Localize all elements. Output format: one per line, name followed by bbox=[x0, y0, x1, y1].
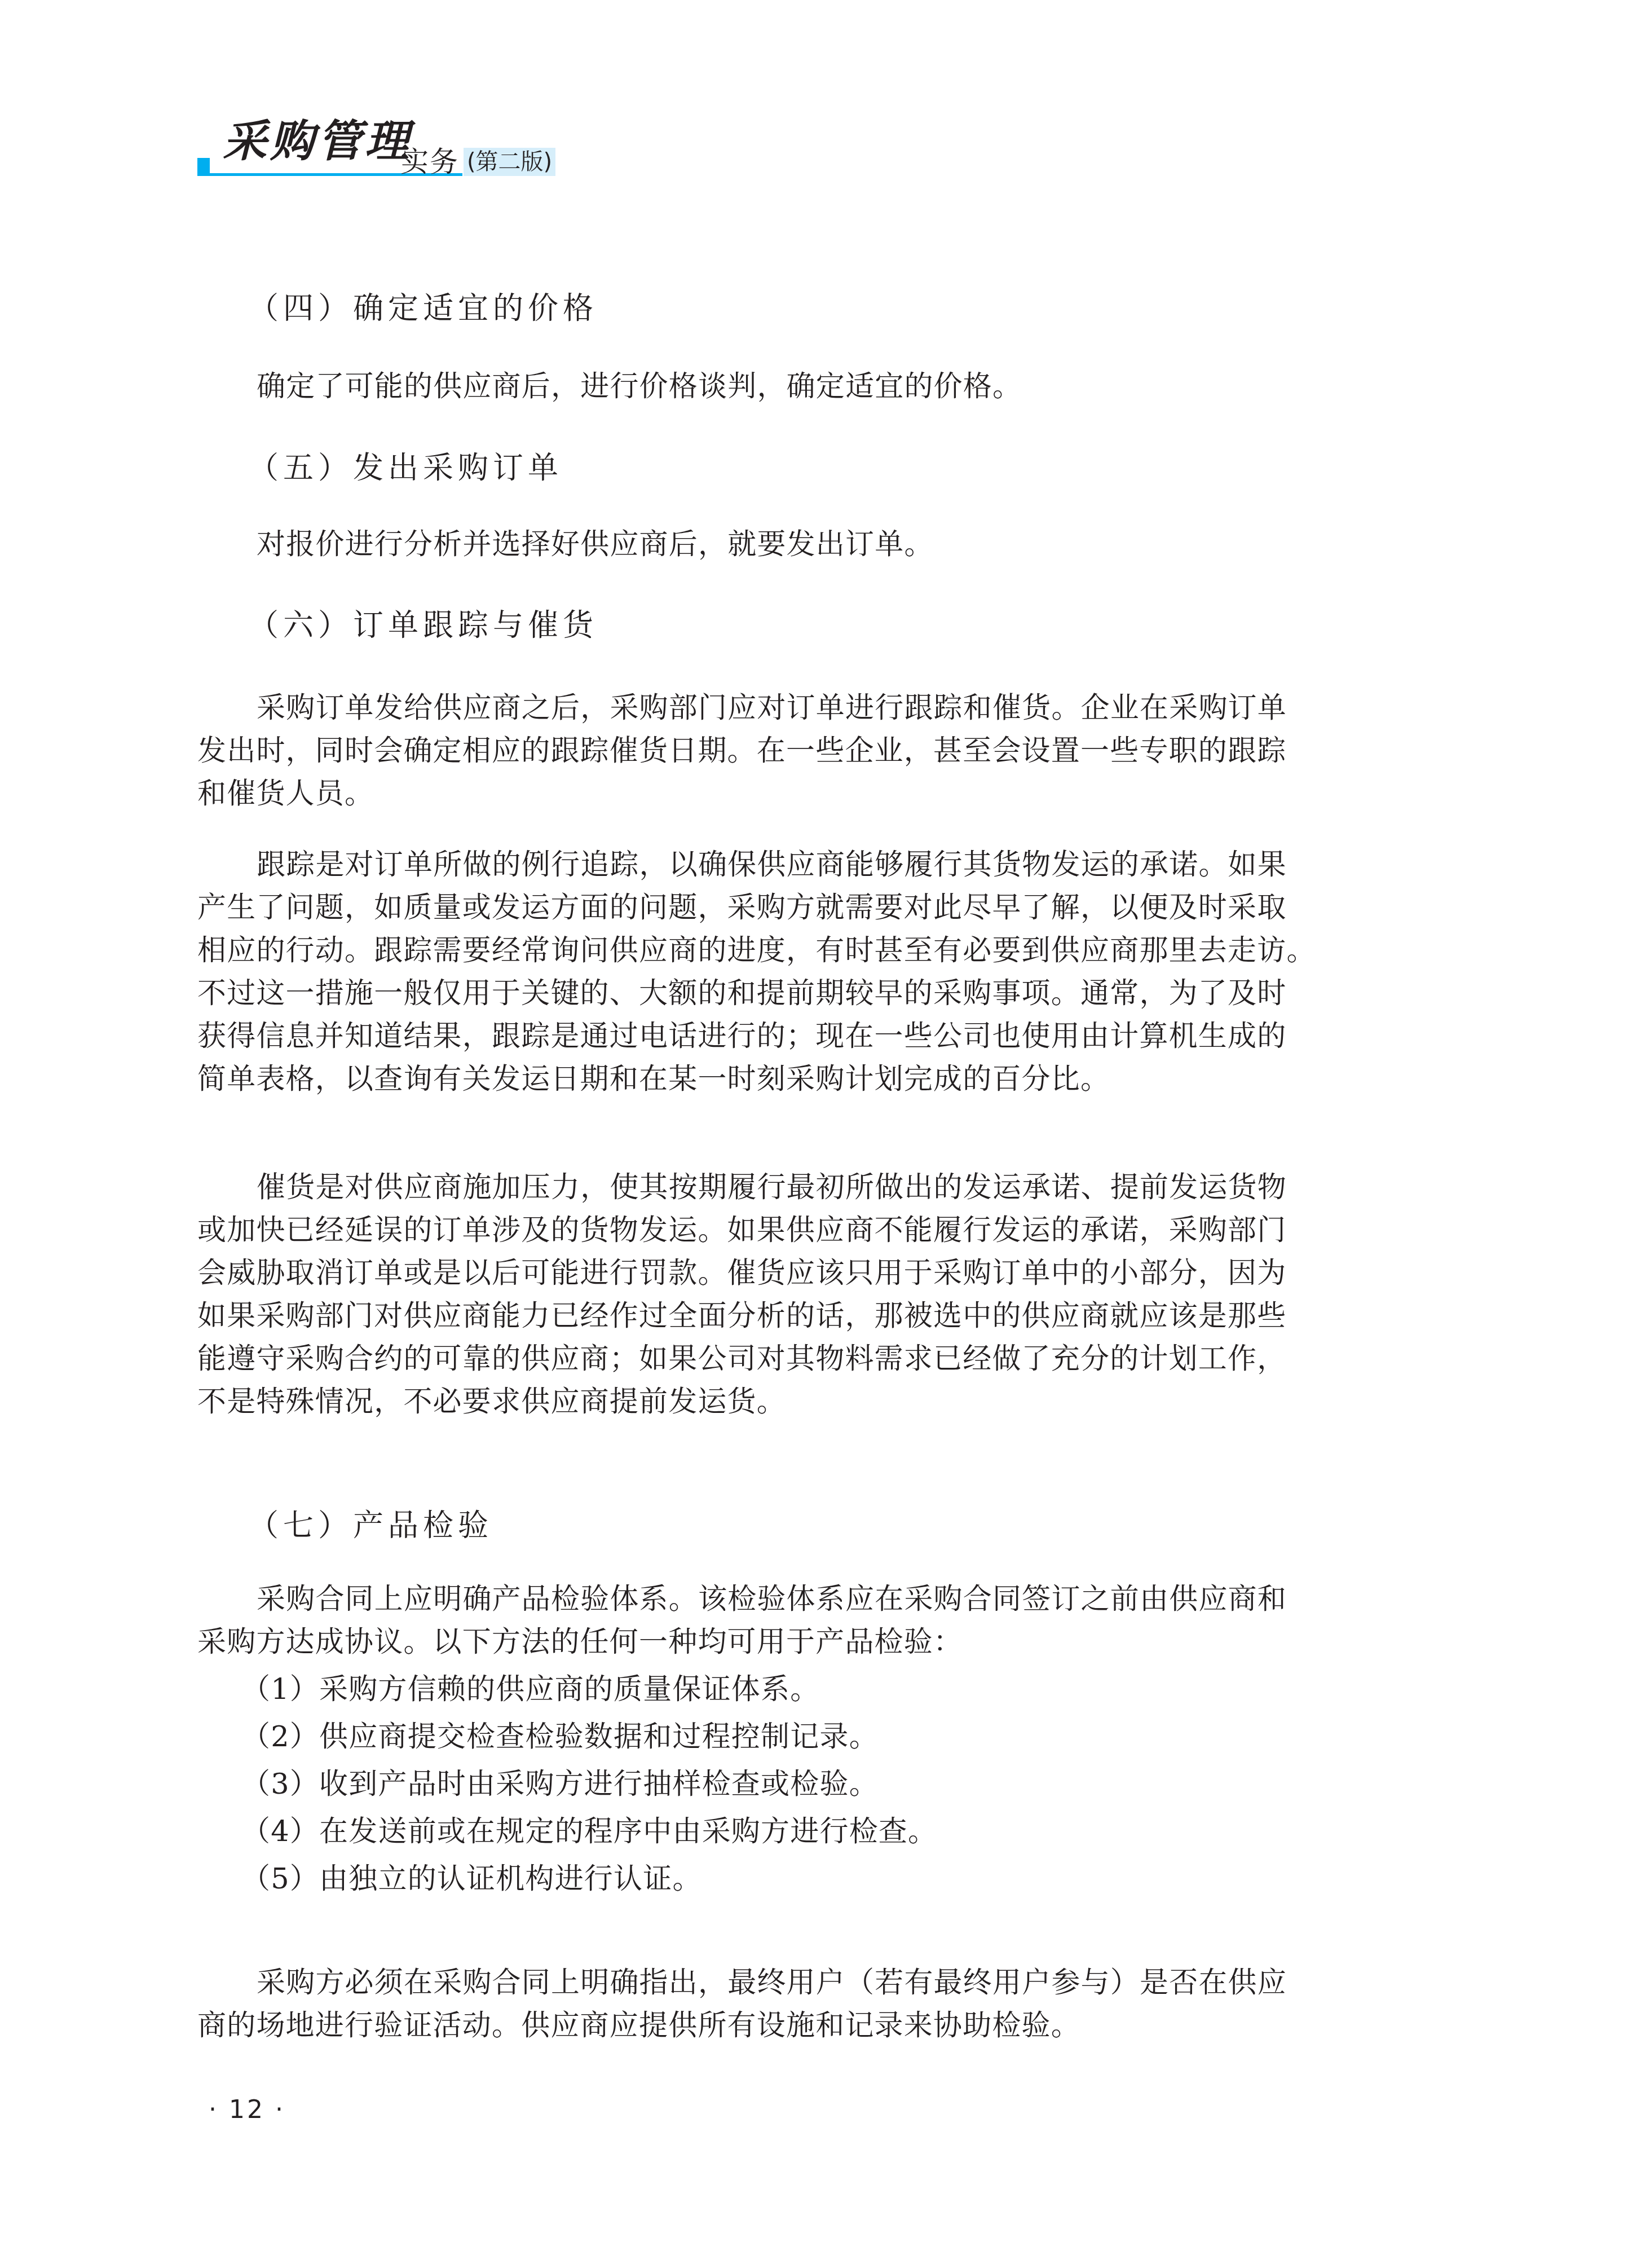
paragraph-line: 采购订单发给供应商之后，采购部门应对订单进行跟踪和催货。企业在采购订单 bbox=[257, 694, 1393, 723]
paragraph-line: 不是特殊情况，不必要求供应商提前发运货。 bbox=[197, 1388, 786, 1416]
book-title: 采购管理 bbox=[223, 120, 412, 164]
paragraph-line: 如果采购部门对供应商能力已经作过全面分析的话，那被选中的供应商就应该是那些 bbox=[197, 1302, 1286, 1331]
paragraph-line: 相应的行动。跟踪需要经常询问供应商的进度，有时甚至有必要到供应商那里去走访。 bbox=[197, 936, 1316, 965]
paragraph-line: 采购合同上应明确产品检验体系。该检验体系应在采购合同签订之前由供应商和 bbox=[257, 1585, 1287, 1614]
list-item: （1）采购方信赖的供应商的质量保证体系。 bbox=[241, 1675, 819, 1704]
paragraph-line: 简单表格，以查询有关发运日期和在某一时刻采购计划完成的百分比。 bbox=[197, 1065, 1110, 1094]
paragraph-line: 对报价进行分析并选择好供应商后，就要发出订单。 bbox=[257, 530, 934, 559]
section-heading-6: （六）订单跟踪与催货 bbox=[248, 610, 598, 641]
section-heading-5: （五）发出采购订单 bbox=[248, 453, 563, 483]
paragraph-line: 或加快已经延误的订单涉及的货物发运。如果供应商不能履行发运的承诺，采购部门 bbox=[197, 1216, 1286, 1245]
edition-label: (第二版) bbox=[464, 148, 555, 176]
paragraph-line: 和催货人员。 bbox=[197, 780, 374, 808]
paragraph-line: 催货是对供应商施加压力，使其按期履行最初所做出的发运承诺、提前发运货物 bbox=[257, 1173, 1287, 1202]
paragraph-line: 采购方必须在采购合同上明确指出，最终用户（若有最终用户参与）是否在供应 bbox=[257, 1968, 1287, 1997]
paragraph-line: 跟踪是对订单所做的例行追踪，以确保供应商能够履行其货物发运的承诺。如果 bbox=[257, 851, 1287, 879]
list-item: （5）由独立的认证机构进行认证。 bbox=[241, 1865, 702, 1893]
section-heading-7: （七）产品检验 bbox=[248, 1510, 493, 1541]
paragraph-line: 产生了问题，如质量或发运方面的问题，采购方就需要对此尽早了解，以便及时采取 bbox=[197, 893, 1286, 922]
list-item: （4）在发送前或在规定的程序中由采购方进行检查。 bbox=[241, 1817, 937, 1846]
paragraph-line: 能遵守采购合约的可靠的供应商；如果公司对其物料需求已经做了充分的计划工作， bbox=[197, 1345, 1286, 1373]
list-item: （3）收到产品时由采购方进行抽样检查或检验。 bbox=[241, 1770, 879, 1799]
book-subtitle: 实务 bbox=[400, 148, 459, 176]
paragraph-line: 采购方达成协议。以下方法的任何一种均可用于产品检验： bbox=[197, 1628, 963, 1657]
page-number: · 12 · bbox=[209, 2095, 285, 2124]
list-item: （2）供应商提交检查检验数据和过程控制记录。 bbox=[241, 1723, 879, 1751]
header-accent-block bbox=[197, 158, 210, 175]
section-heading-4: （四）确定适宜的价格 bbox=[248, 293, 598, 324]
paragraph-line: 获得信息并知道结果，跟踪是通过电话进行的；现在一些公司也使用由计算机生成的 bbox=[197, 1022, 1286, 1051]
paragraph-line: 商的场地进行验证活动。供应商应提供所有设施和记录来协助检验。 bbox=[197, 2011, 1080, 2040]
paragraph-line: 发出时，同时会确定相应的跟踪催货日期。在一些企业，甚至会设置一些专职的跟踪 bbox=[197, 737, 1286, 765]
paragraph-line: 不过这一措施一般仅用于关键的、大额的和提前期较早的采购事项。通常，为了及时 bbox=[197, 979, 1286, 1008]
paragraph-line: 确定了可能的供应商后，进行价格谈判，确定适宜的价格。 bbox=[257, 372, 1022, 401]
paragraph-line: 会威胁取消订单或是以后可能进行罚款。催货应该只用于采购订单中的小部分，因为 bbox=[197, 1259, 1286, 1288]
